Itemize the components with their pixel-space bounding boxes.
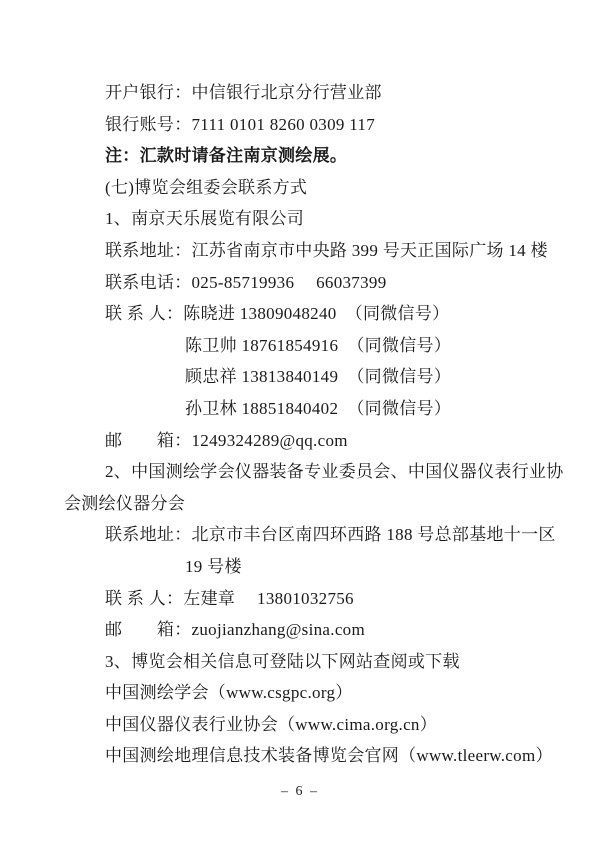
- website-cima-line: 中国仪器仪表行业协会（www.cima.org.cn）: [64, 709, 582, 741]
- org1-contact-person-4: 孙卫林 18851840402 （同微信号）: [64, 393, 582, 425]
- org2-address-line-2: 19 号楼: [64, 551, 582, 583]
- page-number: – 6 –: [0, 780, 600, 804]
- org1-email-line: 邮 箱：1249324289@qq.com: [64, 425, 582, 457]
- org1-contact-person-3: 顾忠祥 13813840149 （同微信号）: [64, 361, 582, 393]
- page-content: 开户银行：中信银行北京分行营业部 银行账号：7111 0101 8260 030…: [64, 77, 582, 772]
- org1-phone-line: 联系电话：025-85719936 66037399: [64, 267, 582, 299]
- org2-contact-person: 联 系 人：左建章 13801032756: [64, 583, 582, 615]
- org2-title-line-1: 2、中国测绘学会仪器装备专业委员会、中国仪器仪表行业协: [64, 456, 582, 488]
- document-page: 开户银行：中信银行北京分行营业部 银行账号：7111 0101 8260 030…: [0, 0, 600, 848]
- websites-heading: 3、博览会相关信息可登陆以下网站查阅或下载: [64, 646, 582, 678]
- org2-email-line: 邮 箱：zuojianzhang@sina.com: [64, 614, 582, 646]
- org1-title: 1、南京天乐展览有限公司: [64, 203, 582, 235]
- section-7-heading: (七)博览会组委会联系方式: [64, 172, 582, 204]
- org2-title-line-2: 会测绘仪器分会: [64, 488, 582, 520]
- bank-account-bank-line: 开户银行：中信银行北京分行营业部: [64, 77, 582, 109]
- org1-contact-person-1: 联 系 人：陈晓进 13809048240 （同微信号）: [64, 298, 582, 330]
- org2-address-line-1: 联系地址：北京市丰台区南四环西路 188 号总部基地十一区: [64, 519, 582, 551]
- bank-account-number-line: 银行账号：7111 0101 8260 0309 117: [64, 109, 582, 141]
- org1-address-line: 联系地址：江苏省南京市中央路 399 号天正国际广场 14 楼: [64, 235, 582, 267]
- website-expo-line: 中国测绘地理信息技术装备博览会官网（www.tleerw.com）: [64, 740, 582, 772]
- website-csgpc-line: 中国测绘学会（www.csgpc.org）: [64, 677, 582, 709]
- remittance-note-line: 注：汇款时请备注南京测绘展。: [64, 140, 582, 172]
- org1-contact-person-2: 陈卫帅 18761854916 （同微信号）: [64, 330, 582, 362]
